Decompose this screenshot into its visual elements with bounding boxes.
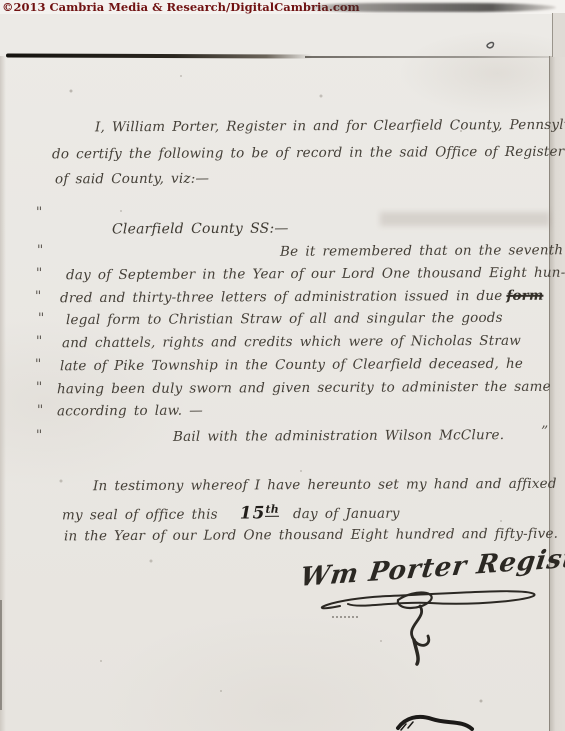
- fold-shadow: [380, 212, 550, 226]
- page-top-edge-shadow: [300, 3, 556, 12]
- body-line-5: and chattels, rights and credits which w…: [62, 333, 521, 351]
- partial-ink-marks: [398, 717, 472, 730]
- ditto-mark: '': [35, 357, 40, 372]
- dotted-pen-mark: [332, 616, 358, 618]
- paper-speckles: [0, 0, 2, 2]
- body-line-8: according to law. —: [57, 403, 203, 420]
- ditto-mark: '': [36, 428, 41, 443]
- day-suffix: th: [265, 503, 279, 517]
- attestation-line-2: my seal of office this15thday of January: [62, 501, 400, 523]
- day-number: 15: [240, 503, 266, 523]
- ditto-mark: '': [38, 311, 43, 326]
- body-line-4: legal form to Christian Straw of all and…: [66, 310, 503, 328]
- ditto-mark: '': [36, 205, 41, 220]
- attestation-line-2-pre: my seal of office this: [62, 507, 218, 524]
- intro-line-1: I, William Porter, Register in and for C…: [95, 117, 565, 136]
- closing-quote-mark: ”: [541, 424, 548, 440]
- ditto-mark: '': [36, 334, 41, 349]
- body-line-9: Bail with the administration Wilson McCl…: [173, 427, 504, 445]
- struck-out-word: form: [506, 288, 543, 304]
- body-line-3: dred and thirty-three letters of adminis…: [60, 288, 544, 307]
- body-line-7: having been duly sworn and given securit…: [57, 379, 551, 398]
- attestation-line-2-post: day of January: [293, 506, 400, 523]
- body-line-2: day of September in the Year of our Lord…: [66, 265, 565, 284]
- county-heading: Clearfield County SS:—: [112, 221, 289, 238]
- register-signature: Wm Porter Register: [298, 541, 565, 593]
- fold-crease-right: [305, 56, 550, 58]
- intro-line-2: do certify the following to be of record…: [52, 144, 564, 163]
- ditto-mark: '': [37, 243, 42, 258]
- body-line-1: Be it remembered that on the seventh: [280, 242, 563, 259]
- body-line-3-text: dred and thirty-three letters of adminis…: [60, 288, 503, 306]
- body-line-6: late of Pike Township in the County of C…: [60, 356, 523, 374]
- signature-flourish: [322, 591, 535, 664]
- intro-line-3: of said County, viz:—: [55, 171, 209, 188]
- corner-pen-mark: [487, 42, 494, 47]
- ditto-mark: '': [36, 380, 41, 395]
- ditto-mark: '': [36, 266, 41, 281]
- attestation-line-3: in the Year of our Lord One thousand Eig…: [64, 526, 565, 545]
- fold-crease-left: [6, 53, 312, 58]
- ditto-mark: '': [37, 403, 42, 418]
- paper-right-edge-top: [552, 13, 565, 57]
- scanned-document-page: ©2013 Cambria Media & Research/DigitalCa…: [0, 0, 565, 731]
- paper-left-edge-mark: [0, 600, 2, 710]
- attestation-line-1: In testimony whereof I have hereunto set…: [93, 476, 557, 494]
- ditto-mark: '': [35, 289, 40, 304]
